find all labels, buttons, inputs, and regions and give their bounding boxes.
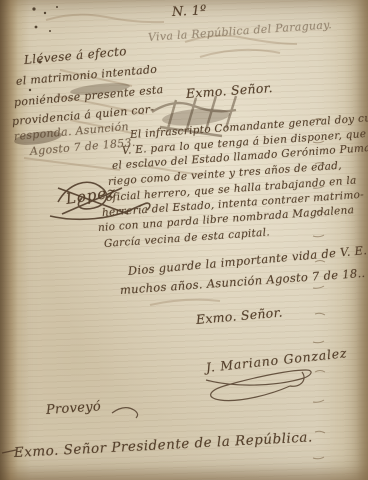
binding-gutter-edge: [0, 0, 18, 480]
manuscript-photo: N. 1º Viva la República del Paraguay. Ll…: [0, 0, 368, 480]
proveyo-annotation: Proveyó: [46, 400, 102, 417]
document-number-heading: N. 1º: [172, 4, 207, 19]
